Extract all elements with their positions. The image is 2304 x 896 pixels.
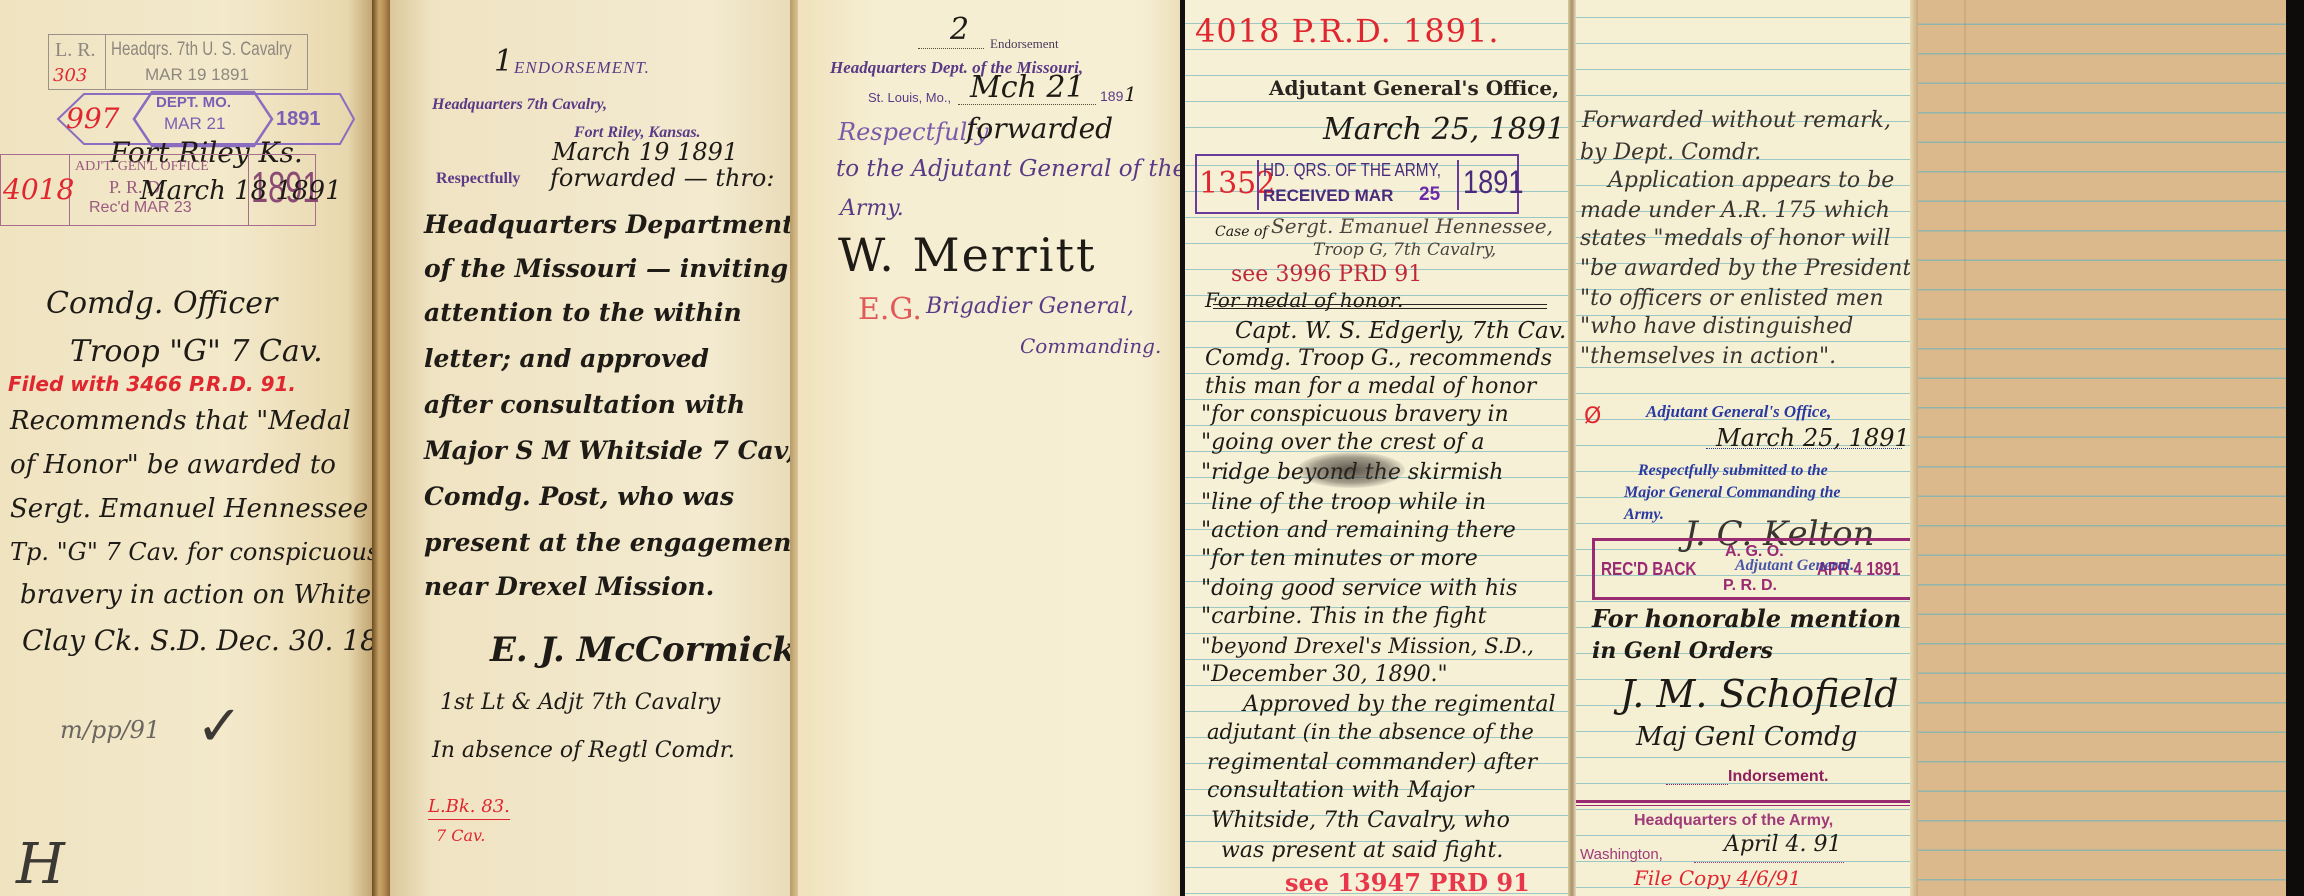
indorsement-dotted-line: [1666, 784, 1728, 785]
left-scan-panel-2: 1 ENDORSEMENT. Headquarters 7th Cavalry,…: [390, 0, 790, 896]
stamp-recd-back: REC'D BACK A. G. O. P. R. D. APR 4 1891 …: [1592, 538, 1910, 600]
indorsement-label: Indorsement.: [1728, 768, 1828, 786]
case-name: Sergt. Emanuel Hennessee,: [1271, 214, 1553, 238]
respectfully-label: Respectfully: [436, 170, 520, 188]
stamp-hq-army-title: HD. QRS. OF THE ARMY,: [1263, 160, 1441, 181]
stamp-hq-army-year: 1891: [1463, 164, 1524, 201]
addressee-line: Comdg. Officer: [46, 286, 277, 321]
body-line: Forwarded without remark,: [1582, 108, 1891, 133]
body-line: Application appears to be: [1608, 168, 1894, 193]
stamp-lr-number: 303: [53, 65, 87, 86]
see-note-bottom: see 13947 PRD 91: [1285, 868, 1530, 896]
subject-underline: [1213, 304, 1547, 309]
left-scan-panel-3: 2 Endorsement Headquarters Dept. of the …: [798, 0, 1180, 896]
body-line: Headquarters Department: [424, 210, 790, 239]
body-line: of the Missouri — inviting: [424, 254, 788, 283]
red-null-mark: Ø: [1584, 404, 1601, 429]
case-label: Case of: [1215, 224, 1268, 240]
file-copy-note: File Copy 4/6/91: [1634, 866, 1801, 890]
office-date: March 25, 1891.: [1323, 112, 1570, 147]
ago-office-heading: Adjutant General's Office,: [1646, 402, 1831, 422]
endorsement-date: Mch 21: [970, 70, 1085, 105]
forwarded-handwritten: forwarded: [966, 112, 1113, 145]
body-line: present at the engagement: [424, 528, 790, 557]
addressee-line: Troop "G" 7 Cav.: [70, 334, 323, 369]
body-line: Approved by the regimental: [1243, 692, 1556, 717]
body-line: Capt. W. S. Edgerly, 7th Cav.: [1235, 318, 1566, 344]
year-printed: 189: [1100, 88, 1123, 104]
body-line: "to officers or enlisted men: [1580, 286, 1884, 311]
body-line: "be awarded by the President: [1580, 256, 1910, 281]
body-line: "who have distinguished: [1580, 314, 1853, 339]
body-line: made under A.R. 175 which: [1580, 198, 1890, 223]
schofield-signature: J. M. Schofield: [1620, 672, 1899, 716]
initials-red: E.G.: [858, 292, 922, 327]
date-dotted-line: [958, 104, 1096, 105]
body-line: bravery in action on White: [20, 580, 371, 610]
body-line: "December 30, 1890.": [1201, 662, 1448, 687]
stamp-ago-title: ADJ'T. GEN'L OFFICE: [75, 159, 209, 175]
stamp-dept-mo-date: MAR 21: [164, 114, 225, 134]
body-line: after consultation with: [424, 390, 745, 419]
place-st-louis: St. Louis, Mo.,: [868, 90, 951, 105]
army-label: Army.: [840, 196, 904, 221]
signature-merritt: W. Merritt: [838, 228, 1096, 282]
body-line: consultation with Major: [1207, 778, 1474, 803]
corner-mark: H: [16, 832, 65, 896]
washington-dotted-line: [1694, 862, 1844, 863]
stamp-recd-back-label: REC'D BACK: [1601, 559, 1696, 580]
body-line: Clay Ck. S.D. Dec. 30. 1890: [22, 624, 378, 657]
office-heading: Adjutant General's Office,: [1269, 76, 1559, 100]
body-line: near Drexel Mission.: [424, 572, 714, 601]
stamp-lr-label: L. R.: [55, 39, 96, 62]
rank-label: Brigadier General,: [926, 294, 1134, 319]
red-note: 7 Cav.: [436, 826, 485, 845]
stamp-ago-number: 4018: [3, 173, 74, 206]
heading-date: March 18 1891: [140, 176, 342, 206]
body-line: regimental commander) after: [1207, 750, 1537, 775]
header-red-note: 4018 P.R.D. 1891.: [1195, 12, 1500, 50]
stamp-dept-mo-number: 997: [66, 102, 119, 135]
body-line: Sergt. Emanuel Hennessee: [10, 494, 368, 524]
case-unit: Troop G, 7th Cavalry,: [1313, 240, 1496, 260]
check-mark-icon: ✓: [196, 694, 243, 759]
signature-adjutant: E. J. McCormick: [490, 630, 790, 670]
body-line: attention to the within: [424, 298, 742, 327]
signature-title: In absence of Regtl Comdr.: [432, 738, 735, 763]
body-line: "doing good service with his: [1201, 576, 1517, 601]
stamp-hq-army-received: RECEIVED MAR: [1263, 186, 1393, 206]
signature-title: 1st Lt & Adjt 7th Cavalry: [440, 690, 720, 715]
filed-note: Filed with 3466 P.R.D. 91.: [8, 372, 296, 396]
stamp-7th-cav-title: Headqrs. 7th U. S. Cavalry: [111, 39, 292, 61]
right-scan-panel-3-blank: [1918, 0, 2286, 896]
ink-blot: [1297, 452, 1405, 488]
body-line: Comdg. Post, who was: [424, 482, 734, 511]
body-line: states "medals of honor will: [1580, 226, 1891, 251]
left-scan-gutter: [372, 0, 390, 896]
body-line: "for ten minutes or more: [1201, 546, 1478, 571]
stamp-7th-cav-date: MAR 19 1891: [145, 65, 249, 85]
body-line: "for conspicuous bravery in: [1201, 402, 1509, 427]
stamp-hq-army-received: 1352 HD. QRS. OF THE ARMY, RECEIVED MAR …: [1195, 154, 1519, 214]
see-note: see 3996 PRD 91: [1231, 262, 1422, 287]
right-scan-fold-2: [1910, 0, 1918, 896]
body-line: forwarded — thro:: [550, 164, 774, 192]
body-line: this man for a medal of honor: [1205, 374, 1536, 399]
washington-date: April 4. 91: [1724, 832, 1842, 857]
commanding-label: Commanding.: [1020, 334, 1161, 358]
body-line: of Honor" be awarded to: [10, 450, 336, 480]
body-line: "carbine. This in the fight: [1201, 604, 1487, 629]
to-adjutant-general: to the Adjutant General of the: [836, 156, 1180, 182]
body-line: Major S M Whitside 7 Cav,: [424, 436, 790, 465]
hq-7th-cavalry: Headquarters 7th Cavalry,: [432, 96, 607, 114]
submitted-line: Army.: [1624, 506, 1664, 524]
body-line: Tp. "G" 7 Cav. for conspicuous: [10, 538, 378, 566]
stamp-recd-back-overlay: Adjutant General.: [1735, 557, 1854, 575]
body-line: "line of the troop while in: [1201, 490, 1486, 515]
mention-line: in Genl Orders: [1592, 638, 1773, 664]
washington-label: Washington,: [1580, 846, 1663, 863]
indorsement-rule: [1576, 800, 1910, 806]
stamp-recd-back-center-bottom: P. R. D.: [1723, 577, 1777, 595]
year-suffix: 1: [1124, 82, 1137, 106]
ago-date-dotted-line: [1706, 448, 1902, 449]
body-line: "beyond Drexel's Mission, S.D.,: [1201, 634, 1534, 658]
mention-line: For honorable mention: [1592, 604, 1901, 633]
body-line: "action and remaining there: [1201, 518, 1516, 543]
schofield-title: Maj Genl Comdg: [1636, 722, 1857, 752]
right-scan-panel-2: Forwarded without remark, by Dept. Comdr…: [1576, 0, 1910, 896]
body-line: Comdg. Troop G., recommends: [1205, 346, 1552, 371]
right-edge-shadow: [2286, 0, 2304, 896]
left-scan-fold: [790, 0, 798, 896]
submitted-line: Respectfully submitted to the: [1638, 462, 1828, 480]
red-note: L.Bk. 83.: [428, 796, 510, 820]
body-line: Whitside, 7th Cavalry, who: [1211, 808, 1510, 833]
body-line: by Dept. Comdr.: [1580, 140, 1761, 165]
body-line: Recommends that "Medal: [10, 406, 351, 436]
stamp-hq-army-day: 25: [1419, 184, 1440, 206]
body-line: adjutant (in the absence of the: [1207, 720, 1534, 744]
stamp-7th-cavalry: L. R. 303 Headqrs. 7th U. S. Cavalry MAR…: [48, 34, 308, 90]
right-scan-fold: [1568, 0, 1576, 896]
left-scan-panel-1: L. R. 303 Headqrs. 7th U. S. Cavalry MAR…: [0, 0, 378, 896]
hq-army-heading: Headquarters of the Army,: [1634, 812, 1833, 830]
body-line: was present at said fight.: [1221, 838, 1503, 863]
right-scan-panel-1: 4018 P.R.D. 1891. Adjutant General's Off…: [1185, 0, 1570, 896]
endorsement-label: Endorsement: [990, 36, 1059, 52]
stamp-dept-mo-title: DEPT. MO.: [156, 94, 231, 111]
endorsement-dotted-line: [918, 48, 984, 49]
endorsement-number: 1: [494, 44, 513, 79]
body-line: "themselves in action".: [1580, 344, 1836, 369]
stamp-dept-mo-year: 1891: [276, 108, 321, 131]
pencil-note: m/pp/91: [60, 716, 160, 744]
endorsement-label: ENDORSEMENT.: [514, 58, 650, 78]
body-line: letter; and approved: [424, 344, 709, 373]
submitted-line: Major General Commanding the: [1624, 484, 1840, 502]
endorsement-date: March 19 1891: [552, 138, 738, 166]
endorsement-number: 2: [950, 12, 969, 47]
